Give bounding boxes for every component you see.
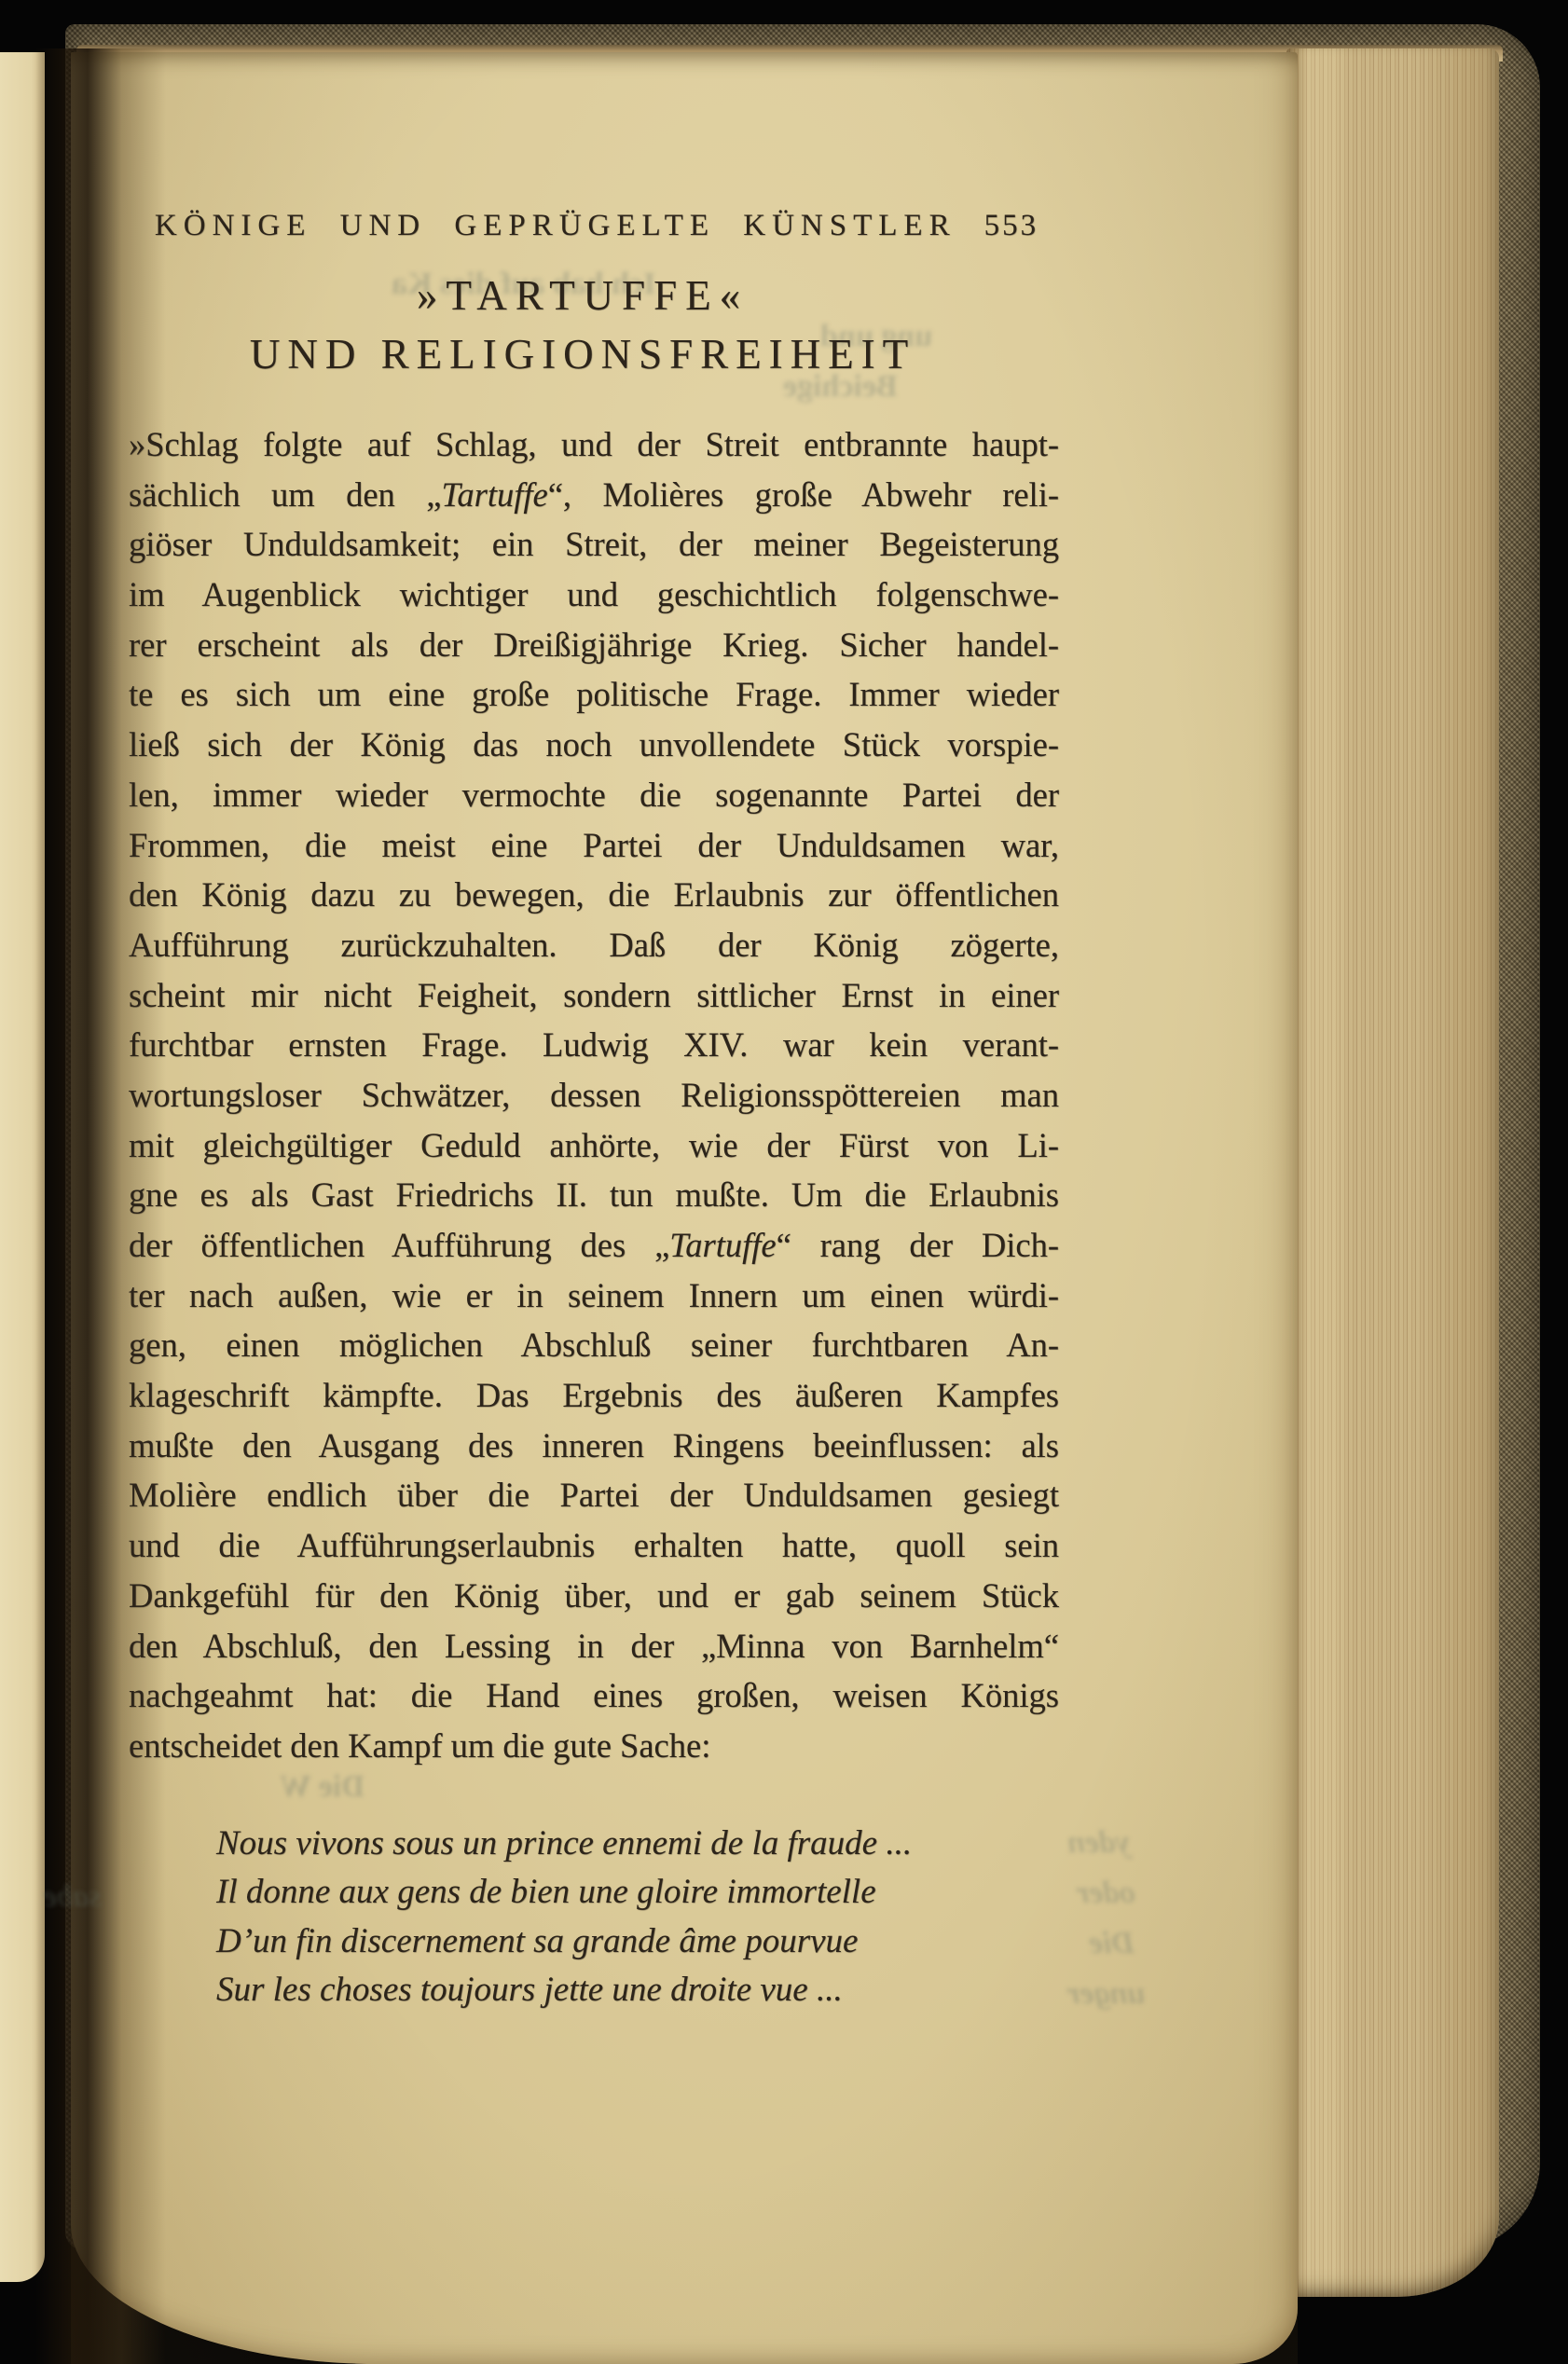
verse-quote: Nous vivons sous un prince ennemi de la … xyxy=(216,1820,1148,2015)
body-line: und die Aufführungserlaubnis erhalten ha… xyxy=(129,1520,1059,1571)
body-line: furchtbar ernsten Frage. Ludwig XIV. war… xyxy=(129,1020,1059,1070)
body-line: sächlich um den „Tartuffe“, Molières gro… xyxy=(129,470,1059,520)
body-line: klageschrift kämpfte. Das Ergebnis des ä… xyxy=(129,1370,1059,1421)
body-line: gne es als Gast Friedrichs II. tun mußte… xyxy=(129,1170,1059,1220)
body-line: Frommen, die meist eine Partei der Undul… xyxy=(129,820,1059,871)
body-line: gen, einen möglichen Abschluß seiner fur… xyxy=(129,1320,1059,1370)
facing-page-edge xyxy=(0,52,45,2282)
body-paragraph: »Schlag folgte auf Schlag, und der Strei… xyxy=(129,419,1059,1771)
body-line: den König dazu zu bewegen, die Erlaubnis… xyxy=(129,870,1059,920)
body-line: Aufführung zurückzuhalten. Daß der König… xyxy=(129,920,1059,970)
verse-line: Il donne aux gens de bien une gloire imm… xyxy=(216,1868,1148,1917)
body-line: entscheidet den Kampf um die gute Sache: xyxy=(129,1721,1059,1771)
body-line: der öffentlichen Aufführung des „Tartuff… xyxy=(129,1220,1059,1271)
body-line: wortungsloser Schwätzer, dessen Religion… xyxy=(129,1070,1059,1120)
body-line: ließ sich der König das noch unvollendet… xyxy=(129,720,1059,770)
body-line: scheint mir nicht Feigheit, sondern sitt… xyxy=(129,970,1059,1021)
body-line: rer erscheint als der Dreißigjährige Kri… xyxy=(129,620,1059,670)
body-line: Molière endlich über die Partei der Undu… xyxy=(129,1470,1059,1520)
body-line: nachgeahmt hat: die Hand eines großen, w… xyxy=(129,1670,1059,1721)
body-line: im Augenblick wichtiger und geschichtlic… xyxy=(129,570,1059,620)
body-line: den Abschluß, den Lessing in der „Minna … xyxy=(129,1621,1059,1671)
body-line: len, immer wieder vermochte die sogenann… xyxy=(129,770,1059,820)
body-line: Dankgefühl für den König über, und er ga… xyxy=(129,1571,1059,1621)
page-number: 553 xyxy=(984,209,1039,242)
body-line: ter nach außen, wie er in seinem Innern … xyxy=(129,1271,1059,1321)
body-line: te es sich um eine große politische Frag… xyxy=(129,669,1059,720)
body-line: mußte den Ausgang des inneren Ringens be… xyxy=(129,1421,1059,1471)
book-photo: Ich hab auf dies Ka ung und Beichige Die… xyxy=(0,0,1568,2364)
page-stack-fore-edge xyxy=(1286,48,1499,2297)
verse-line: Sur les choses toujours jette une droite… xyxy=(216,1966,1148,2014)
chapter-title-line2: UND RELIGIONSFREIHEIT xyxy=(103,330,1063,378)
running-header: KÖNIGE UND GEPRÜGELTE KÜNSTLER553 xyxy=(131,209,1063,243)
chapter-title-line1: »TARTUFFE« xyxy=(103,271,1063,320)
verse-line: D’un fin discernement sa grande âme pour… xyxy=(216,1917,1148,1966)
running-header-title: KÖNIGE UND GEPRÜGELTE KÜNSTLER xyxy=(155,209,956,242)
body-line: »Schlag folgte auf Schlag, und der Strei… xyxy=(129,419,1059,470)
chapter-title: »TARTUFFE« UND RELIGIONSFREIHEIT xyxy=(103,271,1063,378)
verse-line: Nous vivons sous un prince ennemi de la … xyxy=(216,1820,1148,1868)
body-line: giöser Unduldsamkeit; ein Streit, der me… xyxy=(129,519,1059,570)
body-line: mit gleichgültiger Geduld anhörte, wie d… xyxy=(129,1120,1059,1171)
